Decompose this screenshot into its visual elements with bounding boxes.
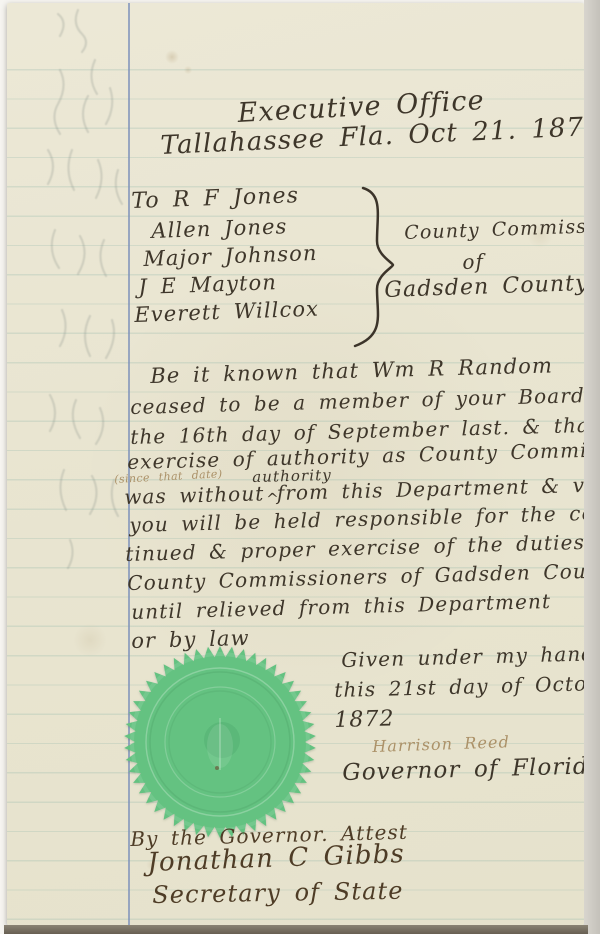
body-line: Be it known that Wm R Random [150,355,553,387]
governor-signature: Harrison Reed [372,734,510,755]
recipients-brace-icon [349,185,399,350]
recipient-title-line: Gadsden County [384,273,589,302]
recipient-line: Major Johnson [143,243,318,270]
secretary-title: Secretary of State [152,879,404,907]
photo-backdrop-right [584,0,600,934]
closing-line: this 21st day of October [334,672,600,700]
body-line: County Commissioners of Gadsden County [127,560,600,593]
recipient-line: J E Mayton [138,272,277,298]
body-line: until relieved from this Department [131,591,551,622]
document-photo: Executive Office Tallahassee Fla. Oct 21… [0,0,600,934]
body-line: you will be held responsible for the con… [129,502,600,535]
body-line: or by law [131,628,250,652]
governor-title: Governor of Florida [342,755,600,785]
recipient-line: To R F Jones [131,185,299,213]
body-line: ceased to be a member of your Board on [130,384,600,417]
body-line: tinued & proper exercise of the duties o… [125,531,600,564]
secretary-signature: Jonathan C Gibbs [147,841,405,876]
closing-line: Given under my hand [341,643,596,670]
recipient-title-line: of [462,251,484,272]
letter-content: Executive Office Tallahassee Fla. Oct 21… [0,0,600,934]
recipient-line: Allen Jones [151,216,288,242]
heading-dateline: Tallahassee Fla. Oct 21. 1872 [160,114,600,159]
recipient-line: Everett Willcox [134,299,319,326]
closing-line: 1872 [334,708,395,732]
recipient-title-line: County Commissioners [404,215,600,243]
photo-shadow-bottom [4,925,588,934]
